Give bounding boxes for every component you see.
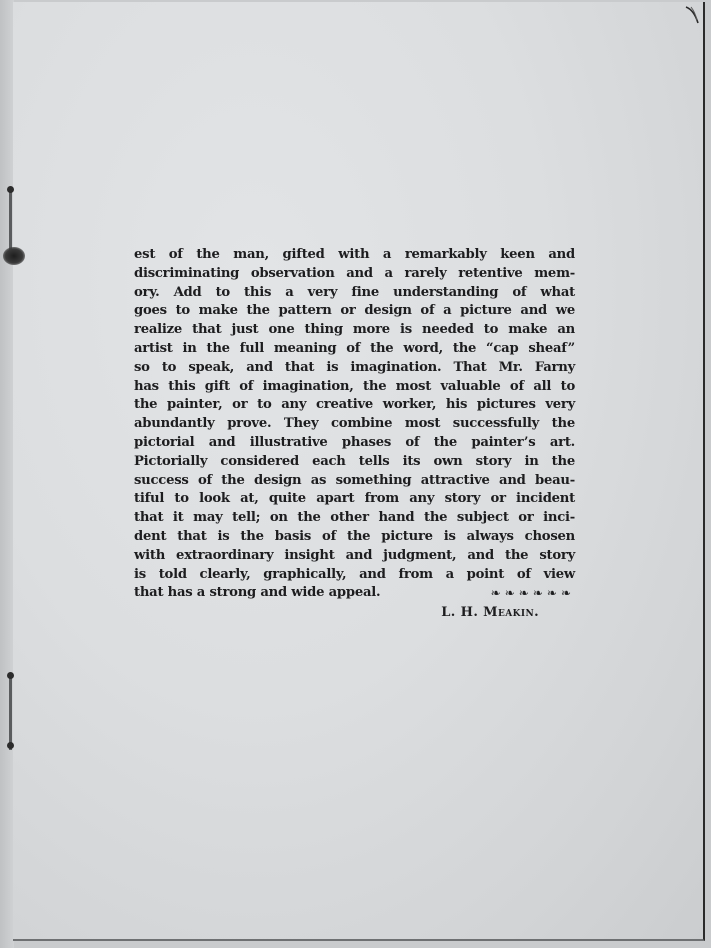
text-line: abundantly prove. They combine most succ… (134, 415, 575, 434)
fleuron-icon: ❧❧❧❧❧❧ (491, 584, 575, 603)
text-line: so to speak, and that is imagination. Th… (134, 359, 575, 378)
text-line: goes to make the pattern or design of a … (134, 302, 575, 321)
final-sentence: that has a strong and wide appeal. (134, 585, 380, 600)
text-line: with extraordinary insight and judgment,… (134, 547, 575, 566)
text-line: pictorial and illustrative phases of the… (134, 434, 575, 453)
corner-fold-icon (685, 6, 699, 24)
text-line-final: that has a strong and wide appeal. ❧❧❧❧❧… (134, 584, 575, 603)
text-line: dent that is the basis of the picture is… (134, 528, 575, 547)
text-line: ory. Add to this a very fine understandi… (134, 284, 575, 303)
staple-blot-icon (3, 247, 25, 265)
text-line: tiful to look at, quite apart from any s… (134, 490, 575, 509)
text-line: discriminating observation and a rarely … (134, 265, 575, 284)
text-line: has this gift of imagination, the most v… (134, 378, 575, 397)
text-line: is told clearly, graphically, and from a… (134, 566, 575, 585)
staple-bottom-end-icon (7, 672, 14, 679)
text-line: realize that just one thing more is need… (134, 321, 575, 340)
text-line: success of the design as something attra… (134, 472, 575, 491)
text-line: est of the man, gifted with a remarkably… (134, 246, 575, 265)
text-line: the painter, or to any creative worker, … (134, 396, 575, 415)
author-signature: L. H. Meakin. (134, 604, 575, 623)
body-text: est of the man, gifted with a remarkably… (134, 246, 575, 623)
text-line: artist in the full meaning of the word, … (134, 340, 575, 359)
staple-bottom-tail-icon (7, 742, 14, 749)
backdrop (0, 0, 14, 948)
text-line: that it may tell; on the other hand the … (134, 509, 575, 528)
staple-bottom (9, 675, 12, 750)
text-line: Pictorially considered each tells its ow… (134, 453, 575, 472)
staple-top-end-icon (7, 186, 14, 193)
